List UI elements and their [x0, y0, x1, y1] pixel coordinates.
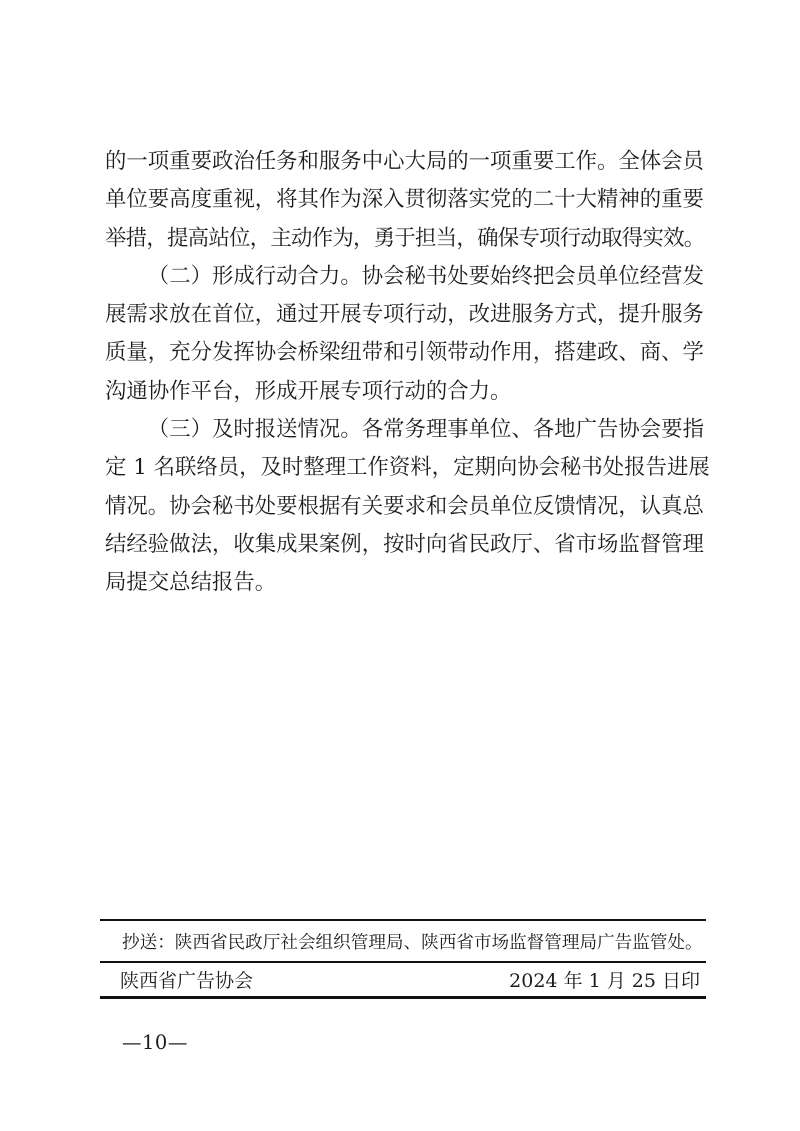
- body-text-line: 沟通协作平台，形成开展专项行动的合力。: [105, 373, 745, 411]
- body-text-line: 质量，充分发挥协会桥梁纽带和引领带动作用，搭建政、商、学: [105, 334, 745, 372]
- body-text-line: 局提交总结报告。: [105, 564, 745, 602]
- cc-row: 抄送：陕西省民政厅社会组织管理局、陕西省市场监督管理局广告监管处。: [100, 921, 706, 961]
- document-footer: 抄送：陕西省民政厅社会组织管理局、陕西省市场监督管理局广告监管处。 陕西省广告协…: [100, 919, 706, 999]
- body-text-line: （三）及时报送情况。各常务理事单位、各地广告协会要指: [105, 411, 745, 449]
- cc-line: 抄送：陕西省民政厅社会组织管理局、陕西省市场监督管理局广告监管处。: [122, 929, 703, 954]
- body-text-line: 定 1 名联络员，及时整理工作资料，定期向协会秘书处报告进展: [105, 449, 745, 487]
- paragraph: （三）及时报送情况。各常务理事单位、各地广告协会要指 定 1 名联络员，及时整理…: [105, 411, 745, 602]
- document-page: 的一项重要政治任务和服务中心大局的一项重要工作。全体会员 单位要高度重视，将其作…: [0, 0, 800, 1131]
- issuer-name: 陕西省广告协会: [120, 966, 253, 993]
- footer-bottom-rule: [100, 996, 706, 999]
- body-text-line: 结经验做法，收集成果案例，按时向省民政厅、省市场监督管理: [105, 526, 745, 564]
- body-text-line: 举措，提高站位，主动作为，勇于担当，确保专项行动取得实效。: [105, 220, 745, 258]
- paragraph: 的一项重要政治任务和服务中心大局的一项重要工作。全体会员 单位要高度重视，将其作…: [105, 143, 745, 258]
- page-number: —10—: [122, 1032, 188, 1054]
- body-text-line: 的一项重要政治任务和服务中心大局的一项重要工作。全体会员: [105, 143, 745, 181]
- paragraph: （二）形成行动合力。协会秘书处要始终把会员单位经营发 展需求放在首位，通过开展专…: [105, 258, 745, 411]
- body-text-line: 展需求放在首位，通过开展专项行动，改进服务方式，提升服务: [105, 296, 745, 334]
- body-text-line: 单位要高度重视，将其作为深入贯彻落实党的二十大精神的重要: [105, 181, 745, 219]
- body-text-line: （二）形成行动合力。协会秘书处要始终把会员单位经营发: [105, 258, 745, 296]
- print-date: 2024 年 1 月 25 日印: [509, 966, 700, 993]
- document-body: 的一项重要政治任务和服务中心大局的一项重要工作。全体会员 单位要高度重视，将其作…: [105, 143, 745, 603]
- body-text-line: 情况。协会秘书处要根据有关要求和会员单位反馈情况，认真总: [105, 488, 745, 526]
- issuer-row: 陕西省广告协会 2024 年 1 月 25 日印: [100, 963, 706, 996]
